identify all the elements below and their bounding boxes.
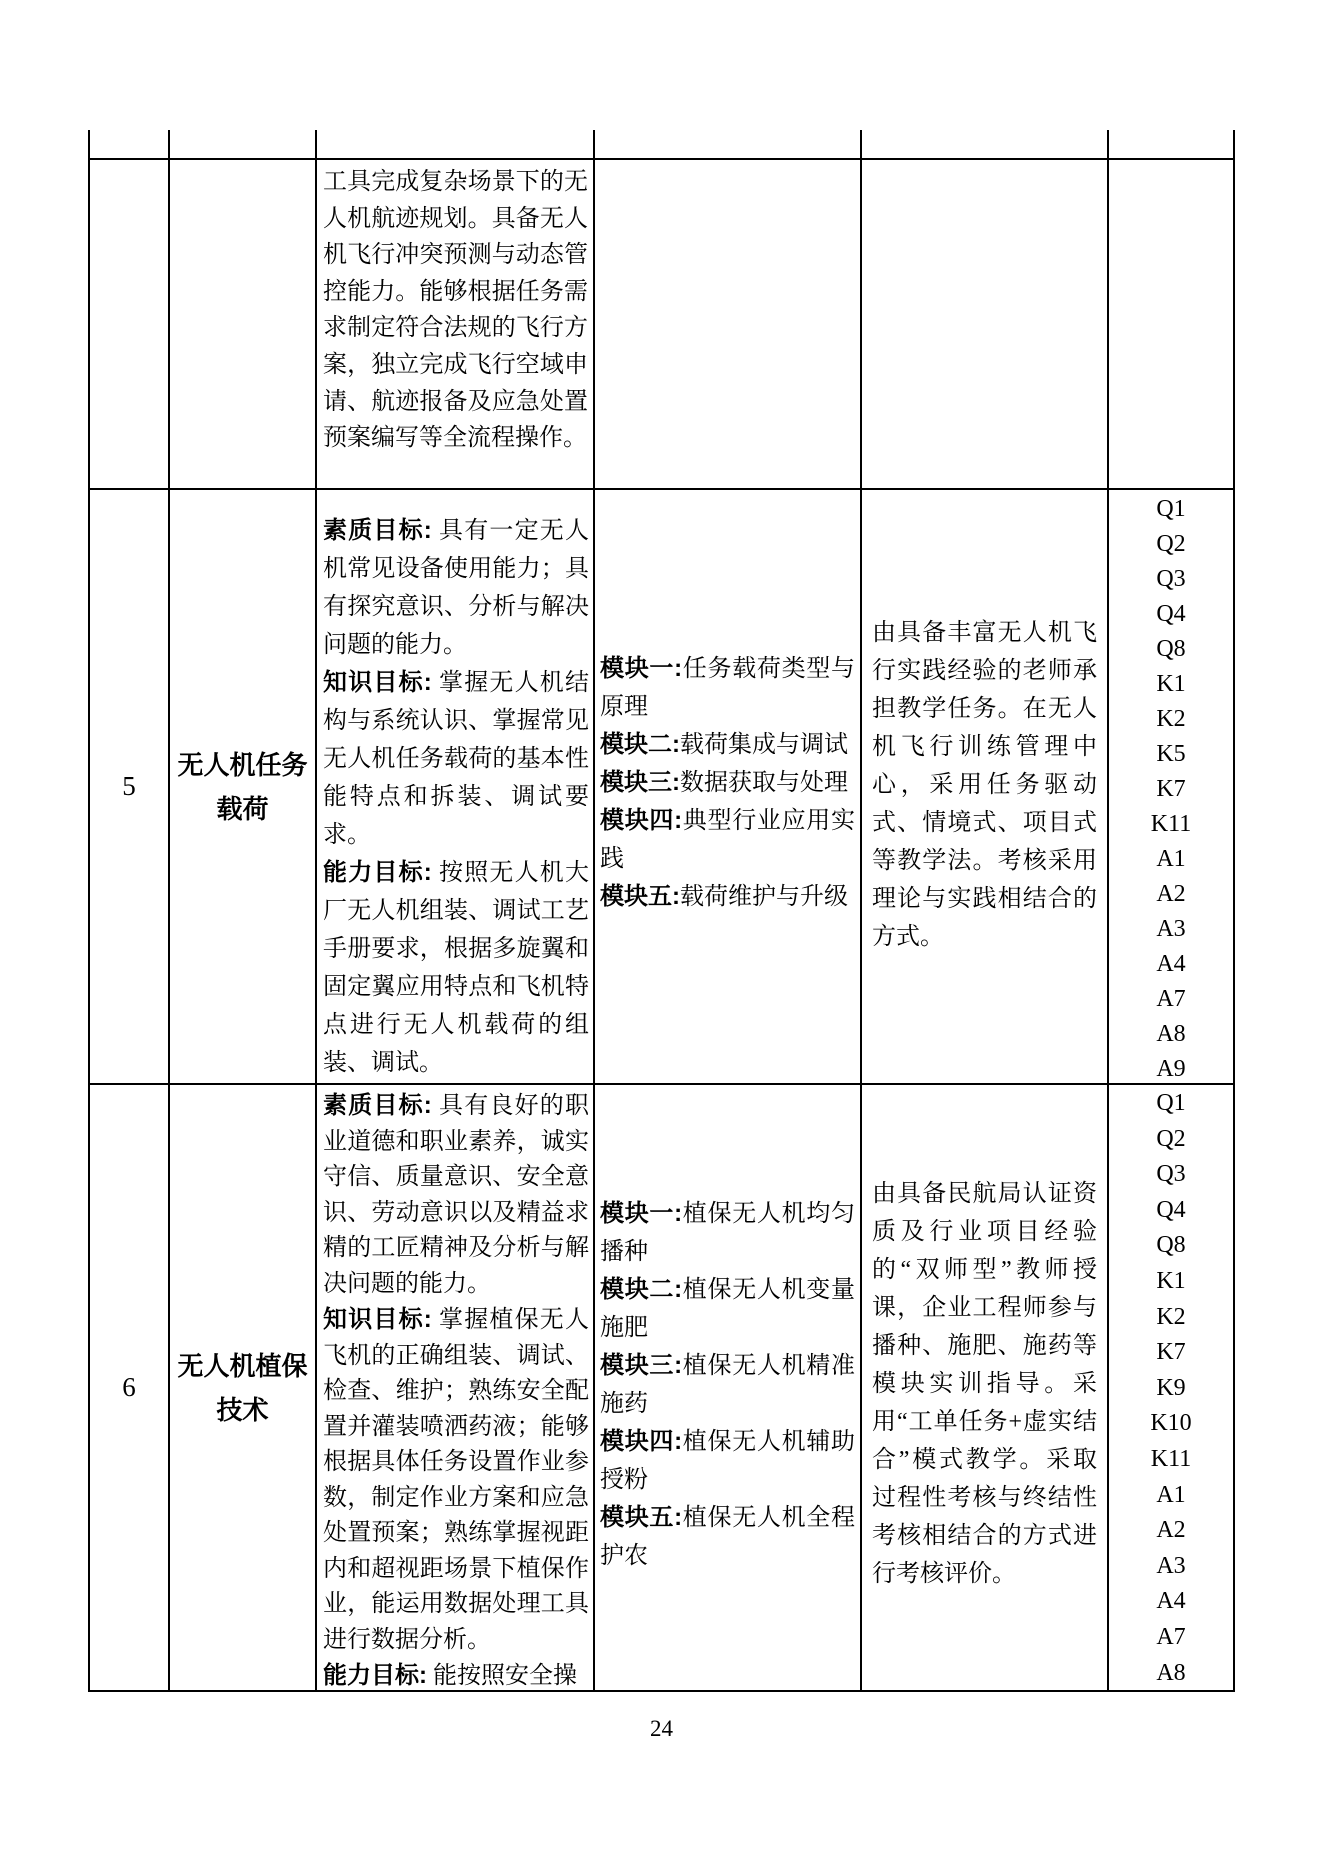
code-cell: Q8	[1109, 632, 1233, 667]
row4-modules-cell	[595, 160, 862, 490]
module-label: 模块四:	[600, 1428, 682, 1455]
code-cell: K1	[1109, 1264, 1233, 1300]
row5-modules: 模块一:任务载荷类型与原理模块二:载荷集成与调试模块三:数据获取与处理模块四:典…	[595, 490, 862, 1085]
table-cell-empty	[90, 130, 170, 160]
curriculum-table: 工具完成复杂场景下的无人机航迹规划。具备无人机飞行冲突预测与动态管控能力。能够根…	[88, 130, 1235, 1692]
code-cell: Q1	[1109, 492, 1233, 527]
goal-text: 能按照安全操	[433, 1663, 577, 1689]
code-cell: K11	[1109, 1442, 1233, 1478]
row5-teaching: 由具备丰富无人机飞行实践经验的老师承担教学任务。在无人机飞行训练管理中心，采用任…	[862, 490, 1109, 1085]
module-label: 模块三:	[600, 1352, 682, 1379]
code-cell: A3	[1109, 912, 1233, 947]
code-cell: A4	[1109, 1584, 1233, 1620]
module-item: 模块一:植保无人机均匀播种	[600, 1195, 855, 1271]
module-item: 模块四:植保无人机辅助授粉	[600, 1423, 855, 1499]
module-text: 载荷维护与升级	[680, 884, 848, 910]
module-item: 模块二:载荷集成与调试	[600, 726, 855, 764]
row5-number: 5	[90, 490, 170, 1085]
code-cell: Q2	[1109, 527, 1233, 562]
table-cell-empty	[170, 130, 317, 160]
module-text: 数据获取与处理	[680, 770, 848, 796]
code-cell: Q3	[1109, 1157, 1233, 1193]
code-cell: K7	[1109, 1335, 1233, 1371]
row6-course-name: 无人机植保技术	[170, 1085, 317, 1692]
row6-number: 6	[90, 1085, 170, 1692]
goal-label: 能力目标:	[323, 859, 432, 886]
code-cell: A3	[1109, 1549, 1233, 1585]
code-cell: A7	[1109, 982, 1233, 1017]
module-item: 模块五:植保无人机全程护农	[600, 1499, 855, 1575]
module-item: 模块一:任务载荷类型与原理	[600, 650, 855, 726]
module-label: 模块五:	[600, 883, 680, 910]
code-cell: K2	[1109, 702, 1233, 737]
code-cell: A8	[1109, 1656, 1233, 1692]
code-cell: K9	[1109, 1371, 1233, 1407]
module-label: 模块五:	[600, 1504, 682, 1531]
code-cell: Q4	[1109, 1193, 1233, 1229]
code-cell: K5	[1109, 737, 1233, 772]
goal-text: 按照无人机大厂无人机组装、调试工艺手册要求，根据多旋翼和固定翼应用特点和飞机特点…	[323, 860, 589, 1076]
module-item: 模块五:载荷维护与升级	[600, 878, 855, 916]
code-cell: A4	[1109, 947, 1233, 982]
code-cell: A1	[1109, 842, 1233, 877]
module-item: 模块四:典型行业应用实践	[600, 802, 855, 878]
goal-text: 掌握植保无人飞机的正确组装、调试、检查、维护；熟练安全配置并灌装喷洒药液；能够根…	[323, 1307, 589, 1653]
goal-label: 素质目标:	[323, 1092, 432, 1119]
module-label: 模块一:	[600, 1200, 682, 1227]
goal-paragraph: 能力目标:能按照安全操	[323, 1658, 589, 1692]
row4-course-cell	[170, 160, 317, 490]
code-cell: Q4	[1109, 597, 1233, 632]
module-item: 模块三:植保无人机精准施药	[600, 1347, 855, 1423]
code-cell: Q2	[1109, 1122, 1233, 1158]
code-cell: A7	[1109, 1620, 1233, 1656]
code-cell: Q8	[1109, 1228, 1233, 1264]
code-cell: K2	[1109, 1300, 1233, 1336]
goal-paragraph: 能力目标:按照无人机大厂无人机组装、调试工艺手册要求，根据多旋翼和固定翼应用特点…	[323, 854, 589, 1082]
row5-course-name: 无人机任务载荷	[170, 490, 317, 1085]
goal-label: 知识目标:	[323, 1306, 432, 1333]
row6-modules: 模块一:植保无人机均匀播种模块二:植保无人机变量施肥模块三:植保无人机精准施药模…	[595, 1085, 862, 1692]
document-page: 工具完成复杂场景下的无人机航迹规划。具备无人机飞行冲突预测与动态管控能力。能够根…	[0, 0, 1323, 1871]
table-cell-empty	[595, 130, 862, 160]
module-label: 模块二:	[600, 731, 680, 758]
code-cell: A9	[1109, 1052, 1233, 1085]
goal-label: 能力目标:	[323, 1662, 427, 1689]
code-cell: A8	[1109, 1017, 1233, 1052]
module-label: 模块一:	[600, 655, 682, 682]
goal-text: 具有良好的职业道德和职业素养，诚实守信、质量意识、安全意识、劳动意识以及精益求精…	[323, 1093, 589, 1297]
code-cell: K7	[1109, 772, 1233, 807]
module-label: 模块二:	[600, 1276, 682, 1303]
row4-teaching-cell	[862, 160, 1109, 490]
module-text: 载荷集成与调试	[680, 732, 848, 758]
goal-paragraph: 知识目标:掌握植保无人飞机的正确组装、调试、检查、维护；熟练安全配置并灌装喷洒药…	[323, 1302, 589, 1658]
code-cell: K11	[1109, 807, 1233, 842]
row6-codes: Q1Q2Q3Q4Q8K1K2K7K9K10K11A1A2A3A4A7A8	[1109, 1085, 1235, 1692]
code-cell: A2	[1109, 1513, 1233, 1549]
table-cell-empty	[317, 130, 595, 160]
code-cell: Q3	[1109, 562, 1233, 597]
goal-paragraph: 知识目标:掌握无人机结构与系统认识、掌握常见无人机任务载荷的基本性能特点和拆装、…	[323, 664, 589, 854]
goal-paragraph: 素质目标:具有良好的职业道德和职业素养，诚实守信、质量意识、安全意识、劳动意识以…	[323, 1088, 589, 1302]
row4-goals-continued: 工具完成复杂场景下的无人机航迹规划。具备无人机飞行冲突预测与动态管控能力。能够根…	[317, 160, 595, 490]
row4-codes-cell	[1109, 160, 1235, 490]
module-label: 模块三:	[600, 769, 680, 796]
row4-number-cell	[90, 160, 170, 490]
module-item: 模块三:数据获取与处理	[600, 764, 855, 802]
module-item: 模块二:植保无人机变量施肥	[600, 1271, 855, 1347]
page-number: 24	[0, 1716, 1323, 1742]
code-cell: K1	[1109, 667, 1233, 702]
goal-label: 素质目标:	[323, 517, 432, 544]
goal-label: 知识目标:	[323, 669, 432, 696]
row6-teaching: 由具备民航局认证资质及行业项目经验的“双师型”教师授课，企业工程师参与播种、施肥…	[862, 1085, 1109, 1692]
goal-paragraph: 素质目标:具有一定无人机常见设备使用能力；具有探究意识、分析与解决问题的能力。	[323, 512, 589, 664]
table-cell-empty	[862, 130, 1109, 160]
code-cell: K10	[1109, 1406, 1233, 1442]
row6-goals: 素质目标:具有良好的职业道德和职业素养，诚实守信、质量意识、安全意识、劳动意识以…	[317, 1085, 595, 1692]
code-cell: Q1	[1109, 1086, 1233, 1122]
module-label: 模块四:	[600, 807, 682, 834]
table-cell-empty	[1109, 130, 1235, 160]
row5-codes: Q1Q2Q3Q4Q8K1K2K5K7K11A1A2A3A4A7A8A9	[1109, 490, 1235, 1085]
code-cell: A2	[1109, 877, 1233, 912]
code-cell: A1	[1109, 1478, 1233, 1514]
goal-text: 掌握无人机结构与系统认识、掌握常见无人机任务载荷的基本性能特点和拆装、调试要求。	[323, 670, 589, 848]
row5-goals: 素质目标:具有一定无人机常见设备使用能力；具有探究意识、分析与解决问题的能力。知…	[317, 490, 595, 1085]
